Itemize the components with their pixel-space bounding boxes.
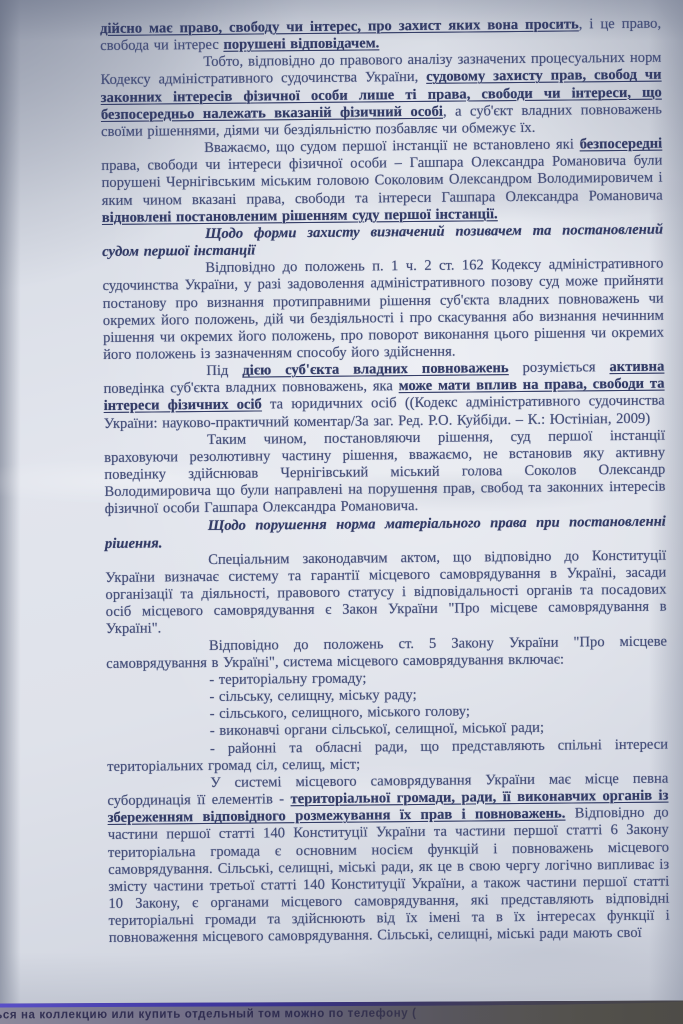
magazine-strip: ться на коллекцию или купить отдельный т… [0, 1000, 683, 1024]
section-heading: Щодо порушення норма матеріального права… [105, 513, 666, 553]
text-segment: Спеціальним законодавчим актом, що відпо… [105, 547, 666, 637]
text-segment: дією суб'єкта владних повноважень [242, 360, 508, 379]
paragraph-continuation: дійсно має право, свободу чи інтерес, пр… [100, 16, 661, 56]
text-segment: поведінка суб'єкта владних повноважень, … [103, 378, 398, 397]
paragraph: Спеціальним законодавчим актом, що відпо… [105, 547, 667, 638]
text-segment: - районні та обласні ради, що представля… [107, 736, 668, 775]
text-segment: Під [206, 363, 242, 379]
text-segment: - сільського, селищного, міського голову… [210, 704, 470, 722]
text-segment: Відповідно до положень п. 1 ч. 2 ст. 162… [102, 256, 664, 363]
paragraph: У системі місцевого самоврядування Украї… [107, 770, 670, 947]
text-segment: дійсно має право, свободу чи інтерес, пр… [100, 16, 579, 37]
paragraph: Таким чином, постановляючи рішення, суд … [104, 427, 666, 518]
text-segment: права, свободи чи інтереси фізичної особ… [101, 153, 662, 209]
paragraph: Під дією суб'єкта владних повноважень ро… [103, 359, 665, 433]
paragraph: Відповідно до положень п. 1 ч. 2 ст. 162… [102, 256, 664, 364]
paragraph: Тобто, відповідно до правового аналізу з… [100, 50, 662, 141]
paragraph: Відповідно до положень ст. 5 Закону Укра… [106, 633, 667, 673]
text-segment: Таким чином, постановляючи рішення, суд … [104, 427, 665, 517]
text-segment: Щодо форми захисту визначений позивачем … [102, 221, 663, 260]
text-segment: порушені відповідачем. [223, 35, 379, 52]
text-segment: Відповідно до положень ст. 5 Закону Укра… [106, 633, 667, 672]
paragraph: Вважаємо, що судом першої інстанції не в… [101, 136, 663, 227]
text-segment: - територіальну громаду; [209, 670, 366, 688]
text-segment: - виконавчі органи сільської, селищної, … [210, 720, 544, 739]
magazine-strip-text: ться на коллекцию или купить отдельный т… [0, 1007, 629, 1022]
photographed-document-page: дійсно має право, свободу чи інтерес, пр… [0, 0, 683, 1024]
section-heading: Щодо форми захисту визначений позивачем … [102, 221, 663, 261]
text-segment: розуміється [509, 359, 610, 376]
text-segment: безпосередні [580, 136, 663, 153]
list-item: - районні та обласні ради, що представля… [107, 736, 668, 776]
text-segment: активна [609, 359, 664, 376]
text-segment: Відповідно до частини першої статті 140 … [108, 805, 670, 946]
document-text: дійсно має право, свободу чи інтерес, пр… [100, 16, 670, 948]
text-segment: Щодо порушення норма матеріального права… [105, 513, 666, 552]
text-segment: - сільську, селищну, міську раду; [209, 687, 416, 705]
